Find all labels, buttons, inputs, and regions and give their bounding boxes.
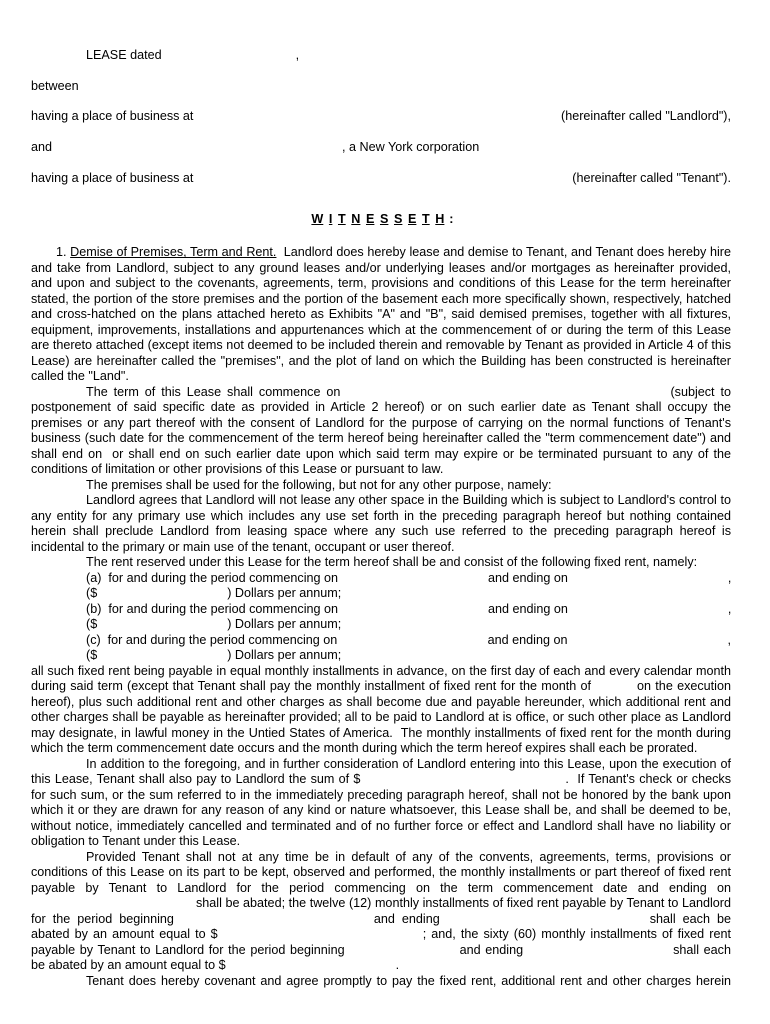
lease-dated-label: LEASE dated — [86, 48, 162, 62]
witnesseth-word: WITNESSETH — [309, 212, 448, 226]
blank-field — [31, 906, 196, 907]
paragraph-term-commencement: The term of this Lease shall commence on… — [31, 385, 731, 478]
and-label: and — [31, 140, 52, 154]
paragraph-covenant-to-pay: Tenant does hereby covenant and agree pr… — [31, 974, 731, 990]
between-label: between — [31, 79, 79, 93]
text-run: ) Dollars per annum; — [227, 648, 341, 664]
text-run: and ending on — [488, 571, 568, 587]
blank-field — [97, 596, 227, 597]
rent-amount-a: ($) Dollars per annum; — [31, 586, 731, 602]
text-run: ($ — [86, 617, 97, 633]
text-run: and ending on — [488, 602, 568, 618]
text-run: and ending — [374, 912, 440, 926]
tenant-name-line: and, a New York corporation — [31, 140, 731, 171]
witnesseth-letter: I — [329, 212, 333, 228]
blank-field — [523, 953, 673, 954]
witnesseth-letter: S — [394, 212, 402, 228]
lease-dated-line: LEASE dated, — [31, 48, 731, 79]
text-run: Provided Tenant shall not at any time be… — [31, 850, 731, 895]
between-line: between — [31, 79, 731, 110]
text-run: (a) for and during the period commencing… — [86, 571, 338, 587]
tenant-designation-label: (hereinafter called "Tenant"). — [572, 171, 731, 202]
witnesseth-letter: S — [380, 212, 388, 228]
text-run: The rent reserved under this Lease for t… — [86, 555, 697, 569]
landlord-line: having a place of business at (hereinaft… — [31, 109, 731, 140]
text-run: 1. — [56, 245, 70, 259]
text-run: ($ — [86, 586, 97, 602]
blank-field — [226, 968, 396, 969]
text-run: (b) for and during the period commencing… — [86, 602, 338, 618]
text-run: and ending on — [488, 633, 568, 649]
text-run: Landlord agrees that Landlord will not l… — [31, 493, 731, 554]
blank-field — [360, 782, 565, 783]
text-run: (c) for and during the period commencing… — [86, 633, 337, 649]
paragraph-premises-use: The premises shall be used for the follo… — [31, 478, 731, 494]
lease-document-page: LEASE dated, between having a place of b… — [0, 0, 770, 1024]
landlord-designation-label: (hereinafter called "Landlord"), — [561, 109, 731, 140]
text-run: Demise of Premises, Term and Rent. — [70, 245, 276, 259]
text-run: or shall end on such earlier date upon w… — [31, 447, 731, 477]
text-run: , — [728, 602, 732, 618]
lease-date-blank-field — [162, 58, 296, 59]
witnesseth-letter: E — [408, 212, 416, 228]
lease-dated-comma: , — [296, 48, 300, 62]
blank-field — [174, 922, 374, 923]
tenant-name-blank-field — [52, 150, 342, 151]
rent-amount-c: ($) Dollars per annum; — [31, 648, 731, 664]
text-run: and ending — [460, 943, 524, 957]
text-run: Tenant does hereby covenant and agree pr… — [86, 974, 731, 988]
witnesseth-colon: : — [449, 212, 453, 228]
paragraph-additional-consideration: In addition to the foregoing, and in fur… — [31, 757, 731, 850]
blank-field — [102, 457, 112, 458]
blank-field — [338, 581, 488, 582]
blank-field — [568, 643, 728, 644]
witnesseth-heading: WITNESSETH: — [31, 212, 731, 228]
text-run: , — [728, 633, 732, 649]
blank-field — [440, 922, 650, 923]
witnesseth-letter: T — [422, 212, 430, 228]
witnesseth-letter: W — [311, 212, 323, 228]
rent-item-b: (b) for and during the period commencing… — [31, 602, 731, 618]
blank-field — [218, 937, 423, 938]
text-run: Landlord does hereby lease and demise to… — [31, 245, 731, 383]
blank-field — [340, 395, 670, 396]
paragraph-demise-of-premises: 1. Demise of Premises, Term and Rent. La… — [31, 245, 731, 385]
blank-field — [338, 612, 488, 613]
blank-field — [591, 689, 637, 690]
witnesseth-letter: H — [435, 212, 444, 228]
corporation-label: , a New York corporation — [342, 140, 479, 154]
paragraph-rent-abatement: Provided Tenant shall not at any time be… — [31, 850, 731, 974]
blank-field — [568, 581, 728, 582]
page-content: LEASE dated, between having a place of b… — [0, 0, 770, 989]
witnesseth-letter: N — [351, 212, 360, 228]
landlord-address-label: having a place of business at — [31, 109, 193, 140]
text-run: The premises shall be used for the follo… — [86, 478, 552, 492]
witnesseth-letter: E — [366, 212, 374, 228]
tenant-line: having a place of business at (hereinaft… — [31, 171, 731, 202]
blank-field — [568, 612, 728, 613]
text-run: ) Dollars per annum; — [227, 586, 341, 602]
blank-field — [345, 953, 460, 954]
paragraph-rent-reserved: The rent reserved under this Lease for t… — [31, 555, 731, 571]
text-run: , — [728, 571, 732, 587]
text-run: ($ — [86, 648, 97, 664]
paragraph-exclusive-use: Landlord agrees that Landlord will not l… — [31, 493, 731, 555]
rent-item-c: (c) for and during the period commencing… — [31, 633, 731, 649]
paragraph-fixed-rent-payment: all such fixed rent being payable in equ… — [31, 664, 731, 757]
rent-item-a: (a) for and during the period commencing… — [31, 571, 731, 587]
text-run: The term of this Lease shall commence on — [86, 385, 340, 399]
blank-field — [97, 627, 227, 628]
tenant-address-label: having a place of business at — [31, 171, 193, 202]
blank-field — [97, 658, 227, 659]
blank-field — [337, 643, 487, 644]
witnesseth-letter: T — [338, 212, 346, 228]
rent-amount-b: ($) Dollars per annum; — [31, 617, 731, 633]
text-run: ) Dollars per annum; — [227, 617, 341, 633]
document-body: 1. Demise of Premises, Term and Rent. La… — [31, 245, 731, 989]
text-run: . — [396, 958, 400, 972]
